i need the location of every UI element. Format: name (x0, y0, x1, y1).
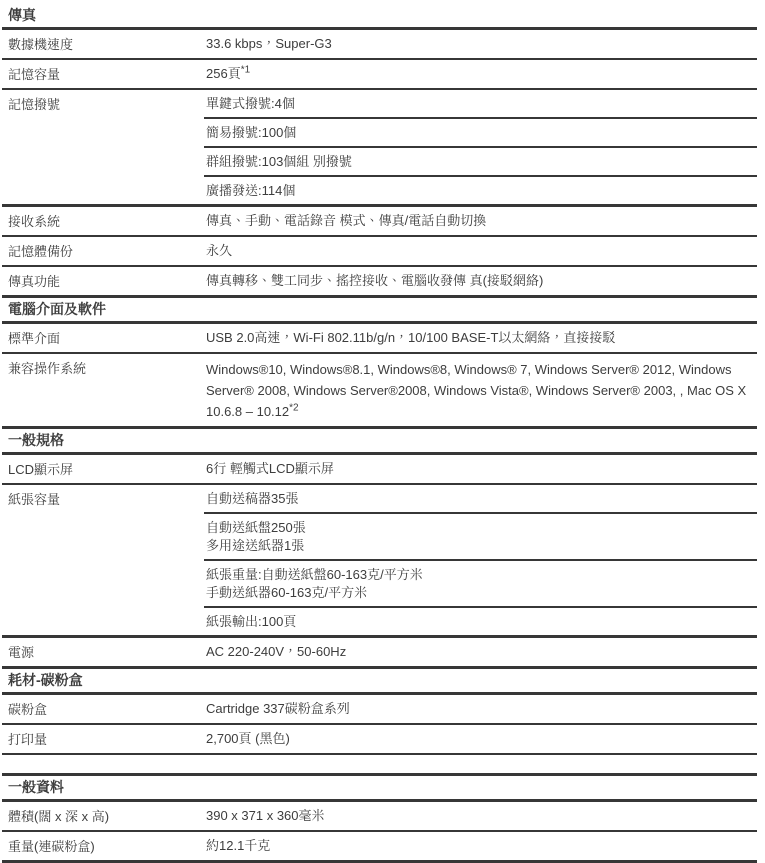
row-value: 自動送稿器35張 (204, 485, 757, 512)
spec-row-weight: 重量(連碳粉盒) 約12.1千克 (2, 832, 757, 863)
spec-row-toner-cartridge: 碳粉盒 Cartridge 337碳粉盒系列 (2, 695, 757, 725)
row-value: 390 x 371 x 360毫米 (204, 802, 757, 829)
row-value: 傳真、手動、電話錄音 模式、傳真/電話自動切換 (204, 207, 757, 234)
row-value: 256頁*1 (204, 60, 757, 87)
row-label: 碳粉盒 (2, 695, 204, 723)
row-value: USB 2.0高速，Wi-Fi 802.11b/g/n，10/100 BASE-… (204, 324, 757, 351)
row-value: 永久 (204, 237, 757, 264)
row-label: 傳真功能 (2, 267, 204, 295)
row-value: 單鍵式撥號:4個 (204, 90, 757, 117)
row-value: 6行 輕觸式LCD顯示屏 (204, 455, 757, 482)
spec-row-print-yield: 打印量 2,700頁 (黑色) (2, 725, 757, 755)
spec-table: 傳真 數據機速度 33.6 kbps，Super-G3 記憶容量 256頁*1 … (2, 4, 757, 863)
row-label: 重量(連碳粉盒) (2, 832, 204, 860)
spec-row-memory-backup: 記憶體備份 永久 (2, 237, 757, 267)
row-value: 2,700頁 (黑色) (204, 725, 757, 752)
section-title-fax: 傳真 (2, 4, 757, 30)
row-value: 33.6 kbps，Super-G3 (204, 30, 757, 57)
section-title-consumables: 耗材-碳粉盒 (2, 669, 757, 695)
footnote-marker: *1 (241, 65, 250, 76)
spec-row-power-source: 電源 AC 220-240V，50-60Hz (2, 638, 757, 669)
row-label: LCD顯示屏 (2, 455, 204, 483)
row-value: 自動送紙盤250張 多用途送紙器1張 (204, 512, 757, 559)
section-title-general-info: 一般資料 (2, 773, 757, 802)
row-value: 傳真轉移、雙工同步、搖控接收、電腦收發傳 真(接駁網絡) (204, 267, 757, 294)
row-label: 打印量 (2, 725, 204, 753)
footnote-marker: *2 (289, 403, 298, 414)
spec-row-memory-dialing: 記憶撥號 單鍵式撥號:4個 簡易撥號:100個 群組撥號:103個組 別撥號 廣… (2, 90, 757, 207)
row-label: 接收系統 (2, 207, 204, 235)
spec-row-dimensions: 體積(闊 x 深 x 高) 390 x 371 x 360毫米 (2, 802, 757, 832)
row-label: 記憶體備份 (2, 237, 204, 265)
row-label: 數據機速度 (2, 30, 204, 58)
section-title-computer-interface: 電腦介面及軟件 (2, 298, 757, 324)
row-label: 標準介面 (2, 324, 204, 352)
spec-row-modem-speed: 數據機速度 33.6 kbps，Super-G3 (2, 30, 757, 60)
section-gap (2, 755, 757, 773)
row-label: 記憶撥號 (2, 90, 204, 204)
spec-row-receive-modes: 接收系統 傳真、手動、電話錄音 模式、傳真/電話自動切換 (2, 207, 757, 237)
row-value: 紙張重量:自動送紙盤60-163克/平方米 手動送紙器60-163克/平方米 (204, 559, 757, 606)
row-value: AC 220-240V，50-60Hz (204, 638, 757, 665)
section-title-general-specs: 一般規格 (2, 429, 757, 455)
row-label: 記憶容量 (2, 60, 204, 88)
spec-row-lcd-display: LCD顯示屏 6行 輕觸式LCD顯示屏 (2, 455, 757, 485)
row-label: 體積(闊 x 深 x 高) (2, 802, 204, 830)
row-value: 廣播發送:114個 (204, 175, 757, 204)
row-value: 簡易撥號:100個 (204, 117, 757, 146)
row-label: 兼容操作系統 (2, 354, 204, 426)
row-value: Cartridge 337碳粉盒系列 (204, 695, 757, 722)
spec-page: 傳真 數據機速度 33.6 kbps，Super-G3 記憶容量 256頁*1 … (0, 4, 765, 863)
spec-row-paper-capacity: 紙張容量 自動送稿器35張 自動送紙盤250張 多用途送紙器1張 紙張重量:自動… (2, 485, 757, 638)
row-value: Windows®10, Windows®8.1, Windows®8, Wind… (204, 354, 757, 426)
spec-row-standard-interface: 標準介面 USB 2.0高速，Wi-Fi 802.11b/g/n，10/100 … (2, 324, 757, 354)
spec-row-fax-features: 傳真功能 傳真轉移、雙工同步、搖控接收、電腦收發傳 真(接駁網絡) (2, 267, 757, 298)
row-value: 約12.1千克 (204, 832, 757, 859)
spec-row-memory-capacity: 記憶容量 256頁*1 (2, 60, 757, 90)
row-label: 電源 (2, 638, 204, 666)
row-value: 紙張輸出:100頁 (204, 606, 757, 635)
row-label: 紙張容量 (2, 485, 204, 635)
spec-row-compatible-os: 兼容操作系統 Windows®10, Windows®8.1, Windows®… (2, 354, 757, 429)
row-value: 群組撥號:103個組 別撥號 (204, 146, 757, 175)
